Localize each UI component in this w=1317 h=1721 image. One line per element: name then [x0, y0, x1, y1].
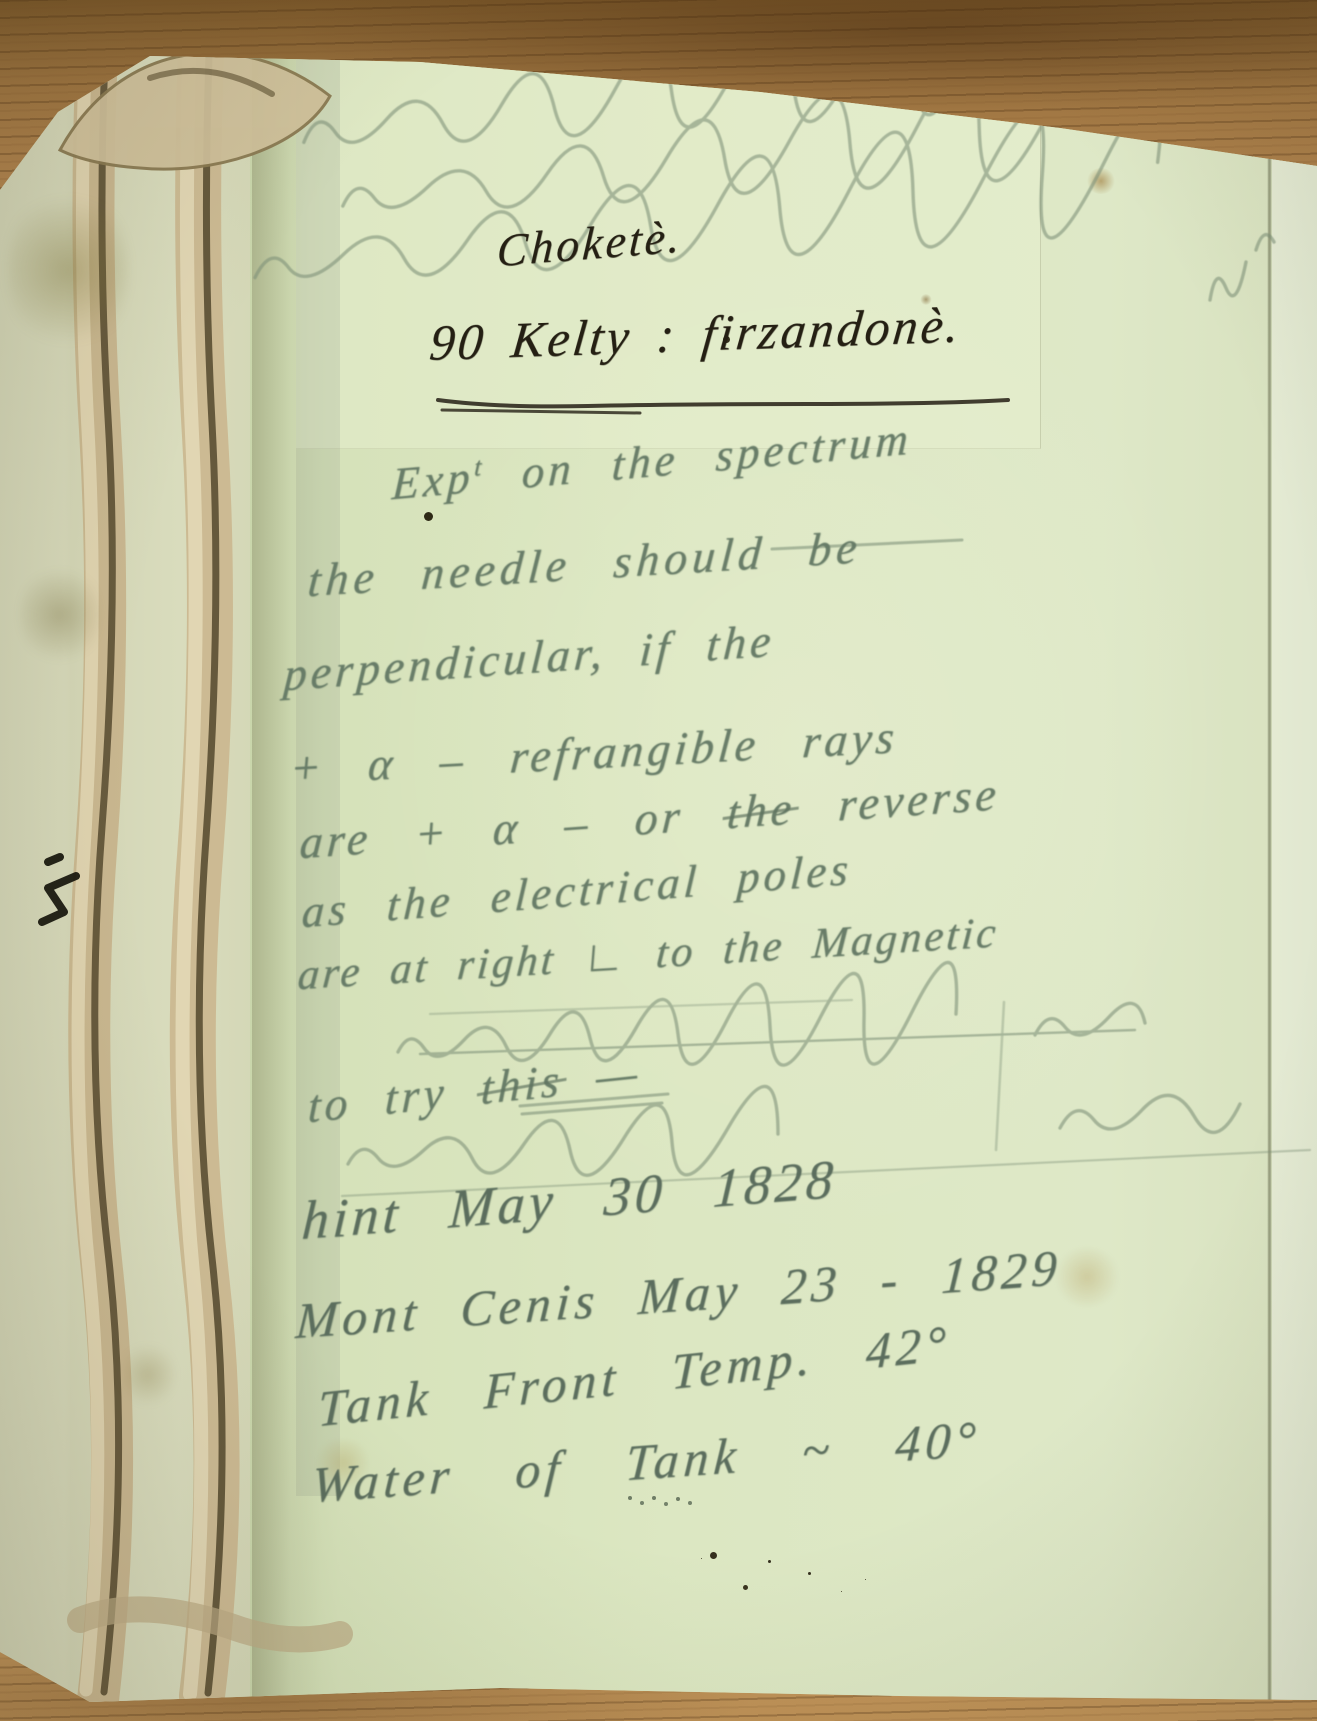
ink-speck: [424, 512, 433, 521]
page-crease-line: [1268, 158, 1271, 1705]
open-notebook: Choketè. 90 Kelty : firzandonè. Expt on …: [0, 0, 1317, 1721]
page-right-edge-strip: [1272, 158, 1317, 1707]
ink-speck-cluster: [710, 1552, 717, 1559]
ink-speck: [723, 336, 730, 343]
photograph-of-notebook-page: Choketè. 90 Kelty : firzandonè. Expt on …: [0, 0, 1317, 1721]
pencil-dot-row: [628, 1496, 632, 1500]
spine-binding-area: [70, 0, 270, 1721]
gutter-gray-strip: [296, 56, 340, 1496]
